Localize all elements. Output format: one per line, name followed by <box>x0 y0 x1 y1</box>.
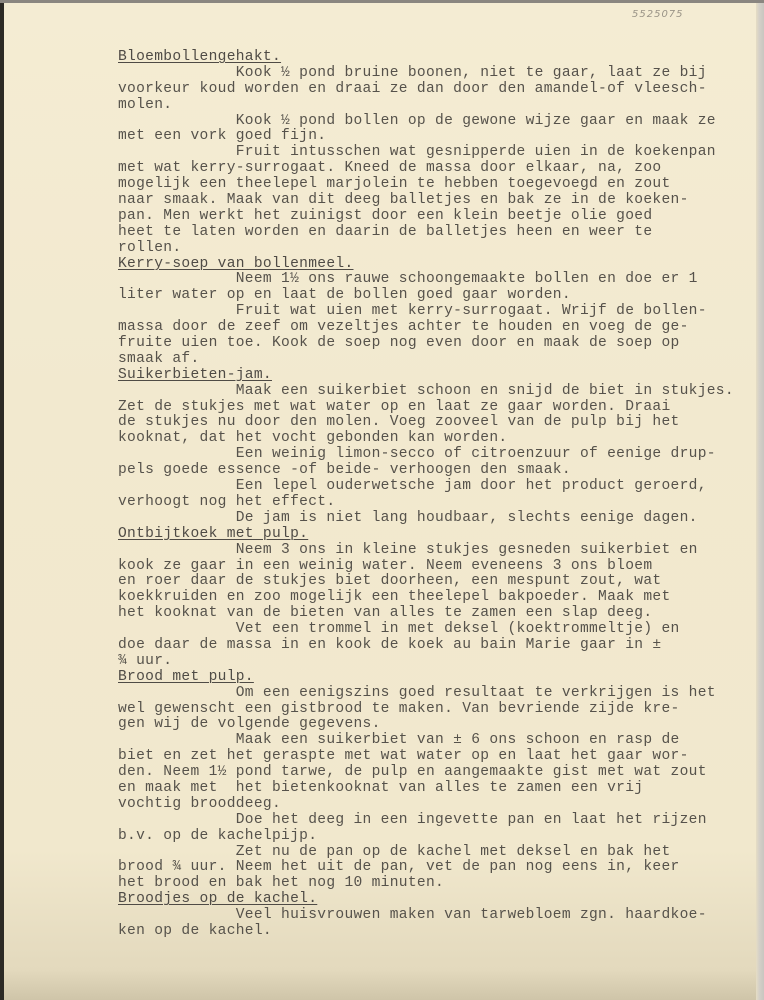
text-line: den. Neem 1½ pond tarwe, de pulp en aang… <box>118 765 758 781</box>
text-line: Een weinig limon-secco of citroenzuur of… <box>118 447 758 463</box>
text-line: pan. Men werkt het zuinigst door een kle… <box>118 209 758 225</box>
text-line: ken op de kachel. <box>118 924 758 940</box>
text-line: Fruit intusschen wat gesnipperde uien in… <box>118 145 758 161</box>
section-title-suikerbieten-jam: Suikerbieten-jam. <box>118 368 758 384</box>
text-line: Fruit wat uien met kerry-surrogaat. Wrij… <box>118 304 758 320</box>
text-line: Doe het deeg in een ingevette pan en laa… <box>118 813 758 829</box>
section-title-bloembollengehakt: Bloembollengehakt. <box>118 50 758 66</box>
text-line: Zet de stukjes met wat water op en laat … <box>118 400 758 416</box>
text-line: koekkruiden en zoo mogelijk een theelepe… <box>118 590 758 606</box>
text-line: De jam is niet lang houdbaar, slechts ee… <box>118 511 758 527</box>
text-line: Kook ½ pond bollen op de gewone wijze ga… <box>118 114 758 130</box>
text-line: Een lepel ouderwetsche jam door het prod… <box>118 479 758 495</box>
section-title-broodjes-op-de-kachel: Broodjes op de kachel. <box>118 892 758 908</box>
text-line: pels goede essence -of beide- verhoogen … <box>118 463 758 479</box>
section-title-brood-met-pulp: Brood met pulp. <box>118 670 758 686</box>
text-line: met wat kerry-surrogaat. Kneed de massa … <box>118 161 758 177</box>
text-line: Zet nu de pan op de kachel met deksel en… <box>118 845 758 861</box>
text-line: mogelijk een theelepel marjolein te hebb… <box>118 177 758 193</box>
text-line: Neem 1½ ons rauwe schoongemaakte bollen … <box>118 272 758 288</box>
text-line: massa door de zeef om vezeltjes achter t… <box>118 320 758 336</box>
text-line: vochtig brooddeeg. <box>118 797 758 813</box>
text-line: met een vork goed fijn. <box>118 129 758 145</box>
text-line: wel gewenscht een gistbrood te maken. Va… <box>118 702 758 718</box>
text-line: Veel huisvrouwen maken van tarwebloem zg… <box>118 908 758 924</box>
text-line: heet te laten worden en daarin de ballet… <box>118 225 758 241</box>
text-line: liter water op en laat de bollen goed ga… <box>118 288 758 304</box>
text-line: Om een eenigszins goed resultaat te verk… <box>118 686 758 702</box>
text-line: en roer daar de stukjes biet doorheen, e… <box>118 574 758 590</box>
recipe-text: Bloembollengehakt. Kook ½ pond bruine bo… <box>118 50 758 940</box>
text-line: kook ze gaar in een weinig water. Neem e… <box>118 559 758 575</box>
text-line: en maak met het bietenkooknat van alles … <box>118 781 758 797</box>
text-line: rollen. <box>118 241 758 257</box>
text-line: Neem 3 ons in kleine stukjes gesneden su… <box>118 543 758 559</box>
section-title-kerry-soep: Kerry-soep van bollenmeel. <box>118 257 758 273</box>
text-line: doe daar de massa in en kook de koek au … <box>118 638 758 654</box>
text-line: brood ¾ uur. Neem het uit de pan, vet de… <box>118 860 758 876</box>
text-line: naar smaak. Maak van dit deeg balletjes … <box>118 193 758 209</box>
text-line: fruite uien toe. Kook de soep nog even d… <box>118 336 758 352</box>
text-line: de stukjes nu door den molen. Voeg zoove… <box>118 415 758 431</box>
text-line: verhoogt nog het effect. <box>118 495 758 511</box>
text-line: gen wij de volgende gegevens. <box>118 717 758 733</box>
text-line: molen. <box>118 98 758 114</box>
text-line: ¾ uur. <box>118 654 758 670</box>
text-line: kooknat, dat het vocht gebonden kan word… <box>118 431 758 447</box>
text-line: het brood en bak het nog 10 minuten. <box>118 876 758 892</box>
section-title-ontbijtkoek: Ontbijtkoek met pulp. <box>118 527 758 543</box>
text-line: Maak een suikerbiet van ± 6 ons schoon e… <box>118 733 758 749</box>
text-line: Vet een trommel in met deksel (koektromm… <box>118 622 758 638</box>
text-line: Kook ½ pond bruine boonen, niet te gaar,… <box>118 66 758 82</box>
text-line: b.v. op de kachelpijp. <box>118 829 758 845</box>
text-line: smaak af. <box>118 352 758 368</box>
text-line: Maak een suikerbiet schoon en snijd de b… <box>118 384 758 400</box>
text-line: biet en zet het geraspte met wat water o… <box>118 749 758 765</box>
text-line: het kooknat van de bieten van alles te z… <box>118 606 758 622</box>
text-line: voorkeur koud worden en draai ze dan doo… <box>118 82 758 98</box>
archive-number: 5525075 <box>632 9 684 20</box>
